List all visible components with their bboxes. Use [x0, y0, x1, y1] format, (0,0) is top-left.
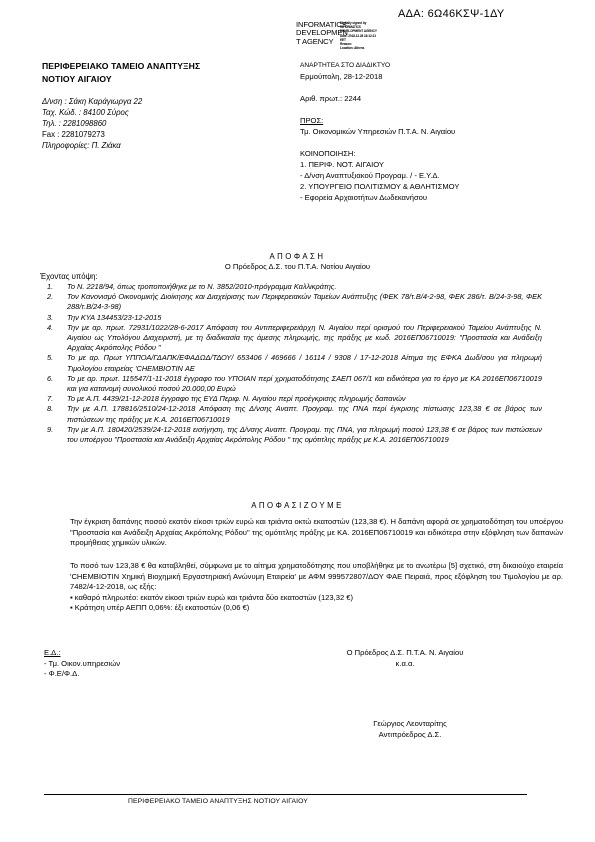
item-number: 9. — [42, 425, 67, 445]
cc-line: - Εφορεία Αρχαιοτήτων Δωδεκανήσου — [300, 192, 590, 203]
cc-line: 2. ΥΠΟΥΡΓΕΙΟ ΠΟΛΙΤΙΣΜΟΥ & ΑΘΛΗΤΙΣΜΟΥ — [300, 181, 590, 192]
item-number: 8. — [42, 404, 67, 424]
item-text: Την με Α.Π. 180420/2539/24-12-2018 εισήγ… — [67, 425, 542, 445]
consideration-item: 6. Το με αρ. πρωτ. 115547/1-11-2018 έγγρ… — [42, 374, 542, 394]
signatory-role: Ο Πρόεδρος Δ.Σ. Π.Τ.Α. Ν. Αιγαίου — [310, 648, 500, 659]
consideration-item: 1. Το Ν. 2218/94, όπως τροποποιήθηκε με … — [42, 282, 542, 292]
item-number: 2. — [42, 292, 67, 312]
item-number: 7. — [42, 394, 67, 404]
document-meta: ΑΝΑΡΤΗΤΕΑ ΣΤΟ ΔΙΑΔΙΚΤΥΟ Ερμούπολη, 28-12… — [300, 60, 590, 203]
footer-divider — [44, 794, 527, 795]
sender-contact-info: Δ/νση : Σάκη Καράγιωργα 22 Ταχ. Κώδ. : 8… — [42, 96, 142, 151]
posting-notice: ΑΝΑΡΤΗΤΕΑ ΣΤΟ ΔΙΑΔΙΚΤΥΟ — [300, 60, 590, 71]
internal-distribution-line: - Φ.Ε/Φ.Δ. — [44, 669, 120, 680]
item-text: Το με αρ. Πρωτ ΥΠΠΟΑ/ΓΔΑΠΚ/ΕΦΑΔΩΔ/ΤΔΟΥ/ … — [67, 353, 542, 373]
consideration-item: 7. Το με Α.Π. 4439/21-12-2018 έγγραφο τη… — [42, 394, 542, 404]
protocol-number: Αριθ. πρωτ.: 2244 — [300, 93, 590, 104]
cc-label: ΚΟΙΝΟΠΟΙΗΣΗ: — [300, 148, 590, 159]
item-number: 3. — [42, 313, 67, 323]
cc-line: - Δ/νση Αναπτυξιακού Προγραμ. / - Ε.Υ.Δ. — [300, 170, 590, 181]
item-number: 5. — [42, 353, 67, 373]
signatory-kaa: κ.α.α. — [310, 659, 500, 670]
consideration-item: 3. Την ΚΥΑ 134453/23-12-2015 — [42, 313, 542, 323]
item-text: Την με αρ. πρωτ. 72931/1022/28-6-2017 Απ… — [67, 323, 542, 354]
sender-phone: Τηλ. : 2281098860 — [42, 118, 142, 129]
consideration-item: 5. Το με αρ. Πρωτ ΥΠΠΟΑ/ΓΔΑΠΚ/ΕΦΑΔΩΔ/ΤΔΟ… — [42, 353, 542, 373]
payment-text: Το ποσό των 123,38 € θα καταβληθεί, σύμφ… — [70, 561, 563, 591]
resolution-paragraph-approval: Την έγκριση δαπάνης ποσού εκατόν είκοσι … — [70, 517, 563, 549]
signer-title: Αντιπρόεδρος Δ.Σ. — [340, 729, 480, 740]
decision-issuer: Ο Πρόεδρος Δ.Σ. του Π.Τ.Α. Νοτίου Αιγαίο… — [0, 262, 595, 272]
cc-line: 1. ΠΕΡΙΦ. ΝΟΤ. ΑΙΓΑΙΟΥ — [300, 159, 590, 170]
sender-contact-person: Πληροφορίες: Π. Ζιάκα — [42, 140, 142, 151]
consideration-item: 8. Την με Α.Π. 178816/2510/24-12-2018 Απ… — [42, 404, 542, 424]
sender-address: Δ/νση : Σάκη Καράγιωργα 22 — [42, 96, 142, 107]
org-name-line: ΝΟΤΙΟΥ ΑΙΓΑΙΟΥ — [42, 73, 200, 86]
org-name-line: ΠΕΡΙΦΕΡΕΙΑΚΟ ΤΑΜΕΙΟ ΑΝΑΠΤΥΞΗΣ — [42, 60, 200, 73]
consideration-item: 2. Τον Κανονισμό Οικονομικής Διοίκησης κ… — [42, 292, 542, 312]
footer-organization: ΠΕΡΙΦΕΡΕΙΑΚΟ ΤΑΜΕΙΟ ΑΝΑΠΤΥΞΗΣ ΝΟΤΙΟΥ ΑΙΓ… — [128, 798, 308, 805]
consideration-item: 9. Την με Α.Π. 180420/2539/24-12-2018 ει… — [42, 425, 542, 445]
stamp-detail-line: Location: Athens — [340, 46, 377, 50]
internal-distribution-line: - Τμ. Οικον.υπηρεσιών — [44, 659, 120, 670]
recipient-label: ΠΡΟΣ: — [300, 115, 590, 126]
item-number: 4. — [42, 323, 67, 354]
signer-name: Γεώργιος Λεονταρίτης — [340, 718, 480, 729]
item-text: Την με Α.Π. 178816/2510/24-12-2018 Απόφα… — [67, 404, 542, 424]
considering-label: Έχοντας υπόψη: — [40, 272, 98, 281]
consideration-item: 4. Την με αρ. πρωτ. 72931/1022/28-6-2017… — [42, 323, 542, 354]
signature-role: Ο Πρόεδρος Δ.Σ. Π.Τ.Α. Ν. Αιγαίου κ.α.α. — [310, 648, 500, 669]
resolution-heading: ΑΠΟΦΑΣΙΖΟΥΜΕ — [0, 501, 595, 510]
place-date: Ερμούπολη, 28-12-2018 — [300, 71, 590, 82]
item-number: 1. — [42, 282, 67, 292]
payment-bullet-withholding: ▪ Κράτηση υπέρ ΑΕΠΠ 0,06%: έξι εκατοστών… — [70, 603, 563, 614]
item-text: Τον Κανονισμό Οικονομικής Διοίκησης και … — [67, 292, 542, 312]
considerations-list: 1. Το Ν. 2218/94, όπως τροποποιήθηκε με … — [42, 282, 542, 445]
item-number: 6. — [42, 374, 67, 394]
item-text: Το με αρ. πρωτ. 115547/1-11-2018 έγγραφο… — [67, 374, 542, 394]
payment-bullet-net: ▪ καθαρό πληρωτέο: εκατόν είκοσι τριών ε… — [70, 593, 563, 604]
digital-signature-stamp-details: Digitally signed by INFORMATICS DEVELOPM… — [340, 21, 377, 50]
ada-code: ΑΔΑ: 6Ω46ΚΣΨ-1ΔΥ — [398, 8, 505, 20]
sender-organization: ΠΕΡΙΦΕΡΕΙΑΚΟ ΤΑΜΕΙΟ ΑΝΑΠΤΥΞΗΣ ΝΟΤΙΟΥ ΑΙΓ… — [42, 60, 200, 86]
decision-heading: ΑΠΟΦΑΣΗ — [0, 252, 595, 261]
resolution-paragraph-payment: Το ποσό των 123,38 € θα καταβληθεί, σύμφ… — [70, 561, 563, 614]
internal-distribution: Ε.Δ.: - Τμ. Οικον.υπηρεσιών - Φ.Ε/Φ.Δ. — [44, 648, 120, 680]
signer: Γεώργιος Λεονταρίτης Αντιπρόεδρος Δ.Σ. — [340, 718, 480, 740]
item-text: Το με Α.Π. 4439/21-12-2018 έγγραφο της Ε… — [67, 394, 542, 404]
internal-distribution-label: Ε.Δ.: — [44, 648, 120, 659]
recipient-value: Τμ. Οικονομικών Υπηρεσιών Π.Τ.Α. Ν. Αιγα… — [300, 126, 590, 137]
stamp-detail-line: DEVELOPMENT AGENCY — [340, 29, 377, 33]
sender-fax: Fax : 2281079273 — [42, 129, 142, 140]
item-text: Την ΚΥΑ 134453/23-12-2015 — [67, 313, 542, 323]
item-text: Το Ν. 2218/94, όπως τροποποιήθηκε με το … — [67, 282, 542, 292]
sender-postal-code: Ταχ. Κώδ. : 84100 Σύρος — [42, 107, 142, 118]
